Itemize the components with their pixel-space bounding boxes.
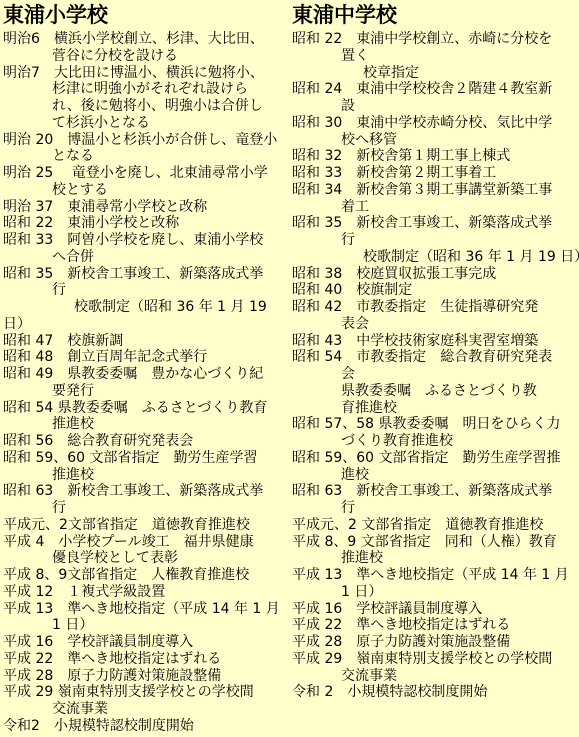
timeline-line: 平成 8、9文部省指定 人権教育推進校 — [3, 567, 292, 584]
timeline-line: 昭和 42 市教委指定 生徒指導研究発 — [292, 299, 579, 316]
elementary-school-timeline: 明治6 横浜小学校創立、杉津、大比田、菅谷に分校を設ける明治7 大比田に博温小、… — [3, 31, 292, 735]
timeline-line: 校章指定 — [292, 65, 579, 82]
timeline-line: 明治 37 東浦尋常小学校と改称 — [3, 199, 292, 216]
timeline-line: 平成元、2文部省指定 道徳教育推進校 — [3, 517, 292, 534]
elementary-school-title: 東浦小学校 — [3, 3, 292, 28]
timeline-line: 行 — [292, 232, 579, 249]
school-history-page: 東浦小学校 明治6 横浜小学校創立、杉津、大比田、菅谷に分校を設ける明治7 大比… — [0, 0, 579, 735]
timeline-line: 明治 25 竜登小を廃し、北東浦尋常小学 — [3, 165, 292, 182]
timeline-line: 表会 — [292, 316, 579, 333]
timeline-line: 平成 28 原子力防護対策施設整備 — [292, 634, 579, 651]
timeline-line: 1 日） — [292, 584, 579, 601]
timeline-line: 明治 20 博温小と杉浜小が合併し、竜登小 — [3, 132, 292, 149]
timeline-line: 昭和 63 新校舎工事竣工、新築落成式挙 — [292, 483, 579, 500]
timeline-line: 日） — [3, 316, 292, 333]
timeline-line: 交流事業 — [3, 701, 292, 718]
timeline-line: 平成 12 １複式学級設置 — [3, 584, 292, 601]
timeline-line: 設 — [292, 98, 579, 115]
timeline-line: 校へ移管 — [292, 132, 579, 149]
timeline-line: 昭和 38 校庭買収拡張工事完成 — [292, 266, 579, 283]
elementary-school-column: 東浦小学校 明治6 横浜小学校創立、杉津、大比田、菅谷に分校を設ける明治7 大比… — [3, 3, 292, 735]
timeline-line: 昭和 47 校旗新調 — [3, 333, 292, 350]
timeline-line: 明治7 大比田に博温小、横浜に勉将小、 — [3, 65, 292, 82]
timeline-line: 昭和 54 県教委委嘱 ふるさとづくり教育 — [3, 400, 292, 417]
timeline-line: 平成 29 嶺南東特別支援学校との学校間 — [292, 651, 579, 668]
timeline-line: 昭和 59、60 文部省指定 勤労生産学習 — [3, 450, 292, 467]
timeline-line: 平成 13 準へき地校指定（平成 14 年 1 月 — [292, 567, 579, 584]
timeline-line: 交流事業 — [292, 668, 579, 685]
timeline-line: 昭和 22 東浦小学校と改称 — [3, 215, 292, 232]
timeline-line: 置く — [292, 48, 579, 65]
timeline-line: 昭和 35 新校舎工事竣工、新築落成式挙 — [3, 266, 292, 283]
timeline-line: 昭和 63 新校舎工事竣工、新築落成式挙 — [3, 483, 292, 500]
timeline-line: 平成元、2 文部省指定 道徳教育推進校 — [292, 517, 579, 534]
timeline-line: 行 — [292, 500, 579, 517]
timeline-line: 平成 22 準へき地校指定はずれる — [292, 617, 579, 634]
timeline-line: づくり教育推進校 — [292, 433, 579, 450]
junior-high-school-timeline: 昭和 22 東浦中学校創立、赤崎に分校を置く校章指定昭和 24 東浦中学校校舎２… — [292, 31, 579, 701]
timeline-line: 平成 8、9 文部省指定 同和（人権）教育 — [292, 534, 579, 551]
timeline-line: て杉浜小となる — [3, 115, 292, 132]
timeline-line: 平成 13 準へき地校指定（平成 14 年 1 月 — [3, 601, 292, 618]
timeline-line: 校歌制定（昭和 36 年 1 月 19 — [3, 299, 292, 316]
timeline-line: 平成 29 嶺南東特別支援学校との学校間 — [3, 684, 292, 701]
timeline-line: 推進校 — [3, 416, 292, 433]
timeline-line: 昭和 33 阿曽小学校を廃し、東浦小学校 — [3, 232, 292, 249]
timeline-line: 昭和 22 東浦中学校創立、赤崎に分校を — [292, 31, 579, 48]
timeline-line: 昭和 48 創立百周年記念式挙行 — [3, 349, 292, 366]
timeline-line: 昭和 43 中学校技術家庭科実習室増築 — [292, 333, 579, 350]
timeline-line: 昭和 40 校旗制定 — [292, 282, 579, 299]
timeline-line: 育推進校 — [292, 400, 579, 417]
timeline-line: 杉津に明強小がそれぞれ設けら — [3, 81, 292, 98]
timeline-line: 昭和 59、60 文部省指定 勤労生産学習推 — [292, 450, 579, 467]
timeline-line: 昭和 32 新校舎第１期工事上棟式 — [292, 148, 579, 165]
timeline-line: 平成 16 学校評議員制度導入 — [3, 634, 292, 651]
timeline-line: 推進校 — [292, 550, 579, 567]
timeline-line: 行 — [3, 282, 292, 299]
timeline-line: 昭和 49 県教委委嘱 豊かな心づくり紀 — [3, 366, 292, 383]
timeline-line: 平成 16 学校評議員制度導入 — [292, 601, 579, 618]
timeline-line: 昭和 54 市教委指定 総合教育研究発表 — [292, 349, 579, 366]
junior-high-school-column: 東浦中学校 昭和 22 東浦中学校創立、赤崎に分校を置く校章指定昭和 24 東浦… — [292, 3, 579, 735]
timeline-line: 昭和 56 総合教育研究発表会 — [3, 433, 292, 450]
timeline-line: 優良学校として表彰 — [3, 550, 292, 567]
timeline-line: 昭和 33 新校舎第２期工事着工 — [292, 165, 579, 182]
timeline-line: となる — [3, 148, 292, 165]
junior-high-school-title: 東浦中学校 — [292, 3, 579, 28]
timeline-line: 明治6 横浜小学校創立、杉津、大比田、 — [3, 31, 292, 48]
timeline-line: 令和2 小規模特認校制度開始 — [3, 718, 292, 735]
timeline-line: 校歌制定（昭和 36 年 1 月 19 日） — [292, 249, 579, 266]
timeline-line: 会 — [292, 366, 579, 383]
timeline-line: 推進校 — [3, 467, 292, 484]
timeline-line: 要発行 — [3, 383, 292, 400]
timeline-line: 県教委委嘱 ふるさとづくり教 — [292, 383, 579, 400]
timeline-line: 昭和 34 新校舎第３期工事講堂新築工事 — [292, 182, 579, 199]
timeline-line: へ合併 — [3, 249, 292, 266]
timeline-line: 菅谷に分校を設ける — [3, 48, 292, 65]
timeline-line: 着工 — [292, 199, 579, 216]
timeline-line: 行 — [3, 500, 292, 517]
timeline-line: 昭和 35 新校舎工事竣工、新築落成式挙 — [292, 215, 579, 232]
timeline-line: 進校 — [292, 467, 579, 484]
timeline-line: 校とする — [3, 182, 292, 199]
timeline-line: 平成 22 準へき地校指定はずれる — [3, 651, 292, 668]
timeline-line: 平成 28 原子力防護対策施設整備 — [3, 668, 292, 685]
timeline-line: 令和 2 小規模特認校制度開始 — [292, 684, 579, 701]
timeline-line: れ、後に勉将小、明強小は合併し — [3, 98, 292, 115]
timeline-line: 平成 4 小学校プール竣工 福井県健康 — [3, 534, 292, 551]
timeline-line: 昭和 24 東浦中学校校舎２階建４教室新 — [292, 81, 579, 98]
timeline-line: 昭和 30 東浦中学校赤崎分校、気比中学 — [292, 115, 579, 132]
timeline-line: 昭和 57、58 県教委委嘱 明日をひらく力 — [292, 416, 579, 433]
timeline-line: 1 日） — [3, 617, 292, 634]
